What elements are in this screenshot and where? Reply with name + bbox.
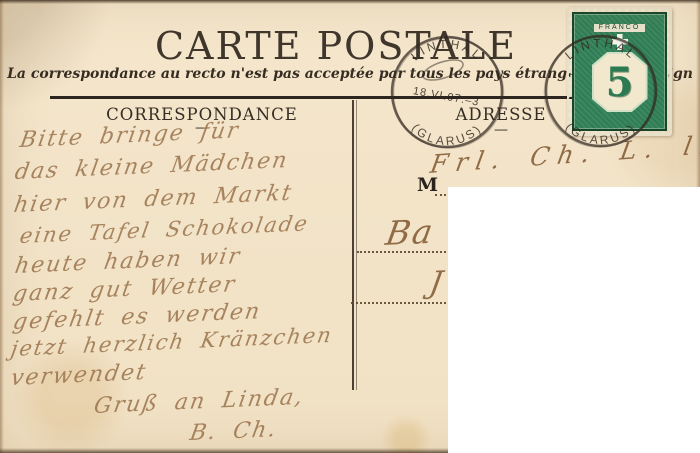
stamp-denomination: 5 <box>606 59 634 106</box>
handwritten-line: das kleine Mädchen <box>13 148 290 185</box>
swiss-cross-icon <box>612 34 628 50</box>
handwritten-greeting: Gruß an Linda, <box>92 385 306 419</box>
stamp-franco-banner: FRANCO <box>594 24 646 32</box>
postage-stamp: FRANCO 5 <box>567 7 672 136</box>
stamp-value-shield: 5 <box>592 52 648 112</box>
stamp-design: FRANCO 5 <box>572 12 667 131</box>
privacy-blank-overlay <box>448 187 700 453</box>
postcard-back: CARTE POSTALE La correspondance au recto… <box>0 0 700 453</box>
center-divider-line <box>352 100 354 390</box>
address-line3-fragment: J <box>427 265 447 301</box>
handwritten-signature: B. Ch. <box>188 417 279 446</box>
header-rule <box>50 96 648 99</box>
center-divider-line-secondary <box>356 100 357 390</box>
handwritten-line: hier von dem Markt <box>12 181 295 218</box>
handwritten-line: verwendet <box>9 360 149 391</box>
handwritten-line: eine Tafel Schokolade <box>18 211 311 248</box>
address-line2-fragment: Ba <box>383 212 437 253</box>
